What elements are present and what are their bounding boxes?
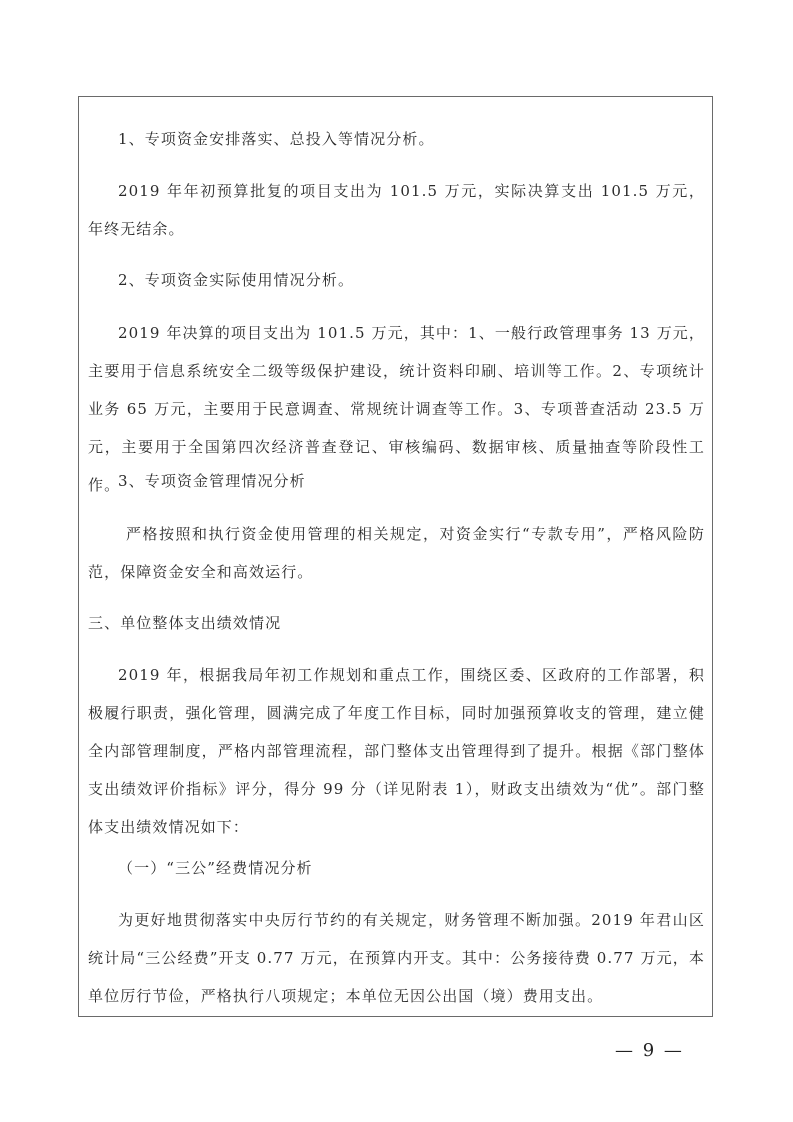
paragraph-overall-performance: 2019 年，根据我局年初工作规划和重点工作，围绕区委、区政府的工作部署，积极履…	[88, 656, 705, 846]
paragraph-fund-management: 严格按照和执行资金使用管理的相关规定，对资金实行“专款专用”，严格风险防范，保障…	[88, 515, 705, 591]
paragraph-three-public-expenses: 为更好地贯彻落实中央厉行节约的有关规定，财务管理不断加强。2019 年君山区统计…	[88, 901, 705, 1015]
section-heading-1: 1、专项资金安排落实、总投入等情况分析。	[88, 120, 705, 158]
section-heading-3: 3、专项资金管理情况分析	[88, 462, 705, 500]
page-number: — 9 —	[615, 1040, 684, 1061]
section-heading-overall-performance: 三、单位整体支出绩效情况	[88, 604, 705, 642]
paragraph-budget-summary: 2019 年年初预算批复的项目支出为 101.5 万元，实际决算支出 101.5…	[88, 172, 705, 248]
subsection-heading-three-public: （一）“三公”经费情况分析	[88, 849, 705, 887]
section-heading-2: 2、专项资金实际使用情况分析。	[88, 261, 705, 299]
